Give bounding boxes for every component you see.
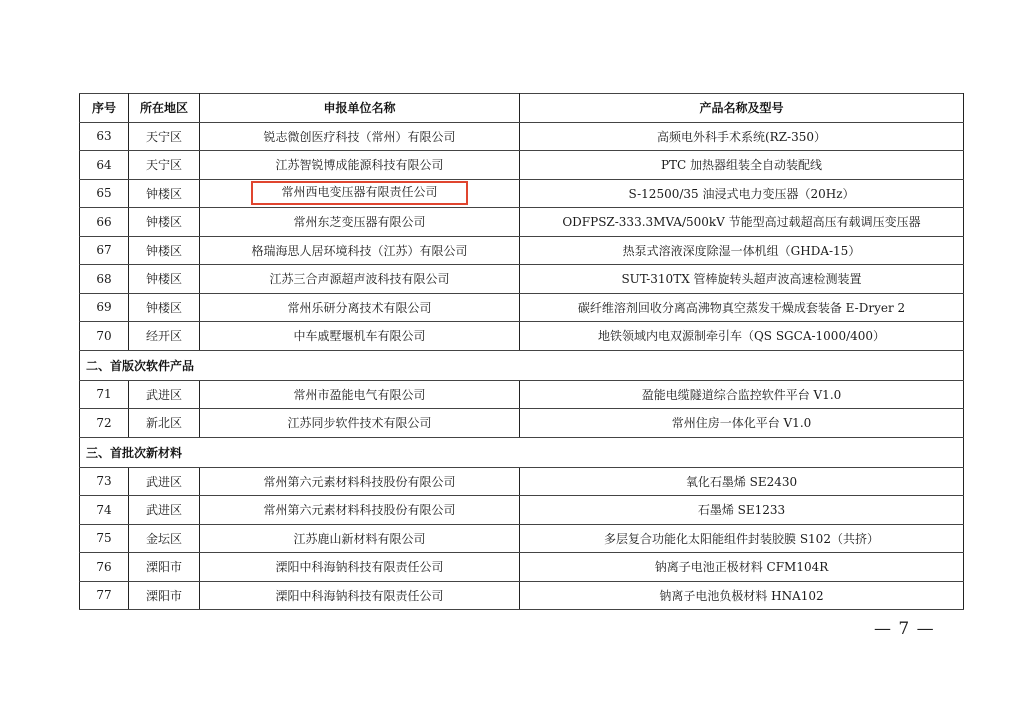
cell-product: 石墨烯 SE1233 — [520, 496, 964, 525]
cell-index: 64 — [80, 151, 129, 180]
cell-region: 溧阳市 — [129, 581, 200, 610]
cell-product: 热泵式溶液深度除湿一体机组（GHDA-15） — [520, 236, 964, 265]
header-company: 申报单位名称 — [200, 94, 520, 123]
cell-region: 钟楼区 — [129, 293, 200, 322]
table-row: 74 武进区 常州第六元素材料科技股份有限公司 石墨烯 SE1233 — [80, 496, 964, 525]
table-row: 71 武进区 常州市盈能电气有限公司 盈能电缆隧道综合监控软件平台 V1.0 — [80, 380, 964, 409]
header-index: 序号 — [80, 94, 129, 123]
cell-region: 钟楼区 — [129, 208, 200, 237]
cell-company: 常州东芝变压器有限公司 — [200, 208, 520, 237]
cell-index: 73 — [80, 467, 129, 496]
table-row: 77 溧阳市 溧阳中科海钠科技有限责任公司 钠离子电池负极材料 HNA102 — [80, 581, 964, 610]
cell-product: S-12500/35 油浸式电力变压器（20Hz） — [520, 179, 964, 208]
table-row: 64 天宁区 江苏智锐博成能源科技有限公司 PTC 加热器组装全自动装配线 — [80, 151, 964, 180]
cell-index: 66 — [80, 208, 129, 237]
table-row: 70 经开区 中车戚墅堰机车有限公司 地铁领域内电双源制牵引车（QS SGCA-… — [80, 322, 964, 351]
cell-index: 77 — [80, 581, 129, 610]
table-row: 69 钟楼区 常州乐研分离技术有限公司 碳纤维溶剂回收分离高沸物真空蒸发干燥成套… — [80, 293, 964, 322]
cell-product: 盈能电缆隧道综合监控软件平台 V1.0 — [520, 380, 964, 409]
cell-region: 钟楼区 — [129, 179, 200, 208]
section-heading: 三、首批次新材料 — [80, 437, 964, 467]
table-row: 68 钟楼区 江苏三合声源超声波科技有限公司 SUT-310TX 管棒旋转头超声… — [80, 265, 964, 294]
cell-product: 高频电外科手术系统(RZ-350） — [520, 122, 964, 151]
cell-product: ODFPSZ-333.3MVA/500kV 节能型高过载超高压有载调压变压器 — [520, 208, 964, 237]
highlight-box: 常州西电变压器有限责任公司 — [251, 181, 467, 205]
cell-company: 江苏鹿山新材料有限公司 — [200, 524, 520, 553]
cell-product: 常州住房一体化平台 V1.0 — [520, 409, 964, 438]
cell-region: 武进区 — [129, 467, 200, 496]
cell-region: 溧阳市 — [129, 553, 200, 582]
cell-index: 65 — [80, 179, 129, 208]
cell-region: 金坛区 — [129, 524, 200, 553]
table-row: 66 钟楼区 常州东芝变压器有限公司 ODFPSZ-333.3MVA/500kV… — [80, 208, 964, 237]
cell-product: SUT-310TX 管棒旋转头超声波高速检测装置 — [520, 265, 964, 294]
product-list-table: 序号 所在地区 申报单位名称 产品名称及型号 63 天宁区 锐志微创医疗科技（常… — [79, 93, 964, 610]
section-row-software: 二、首版次软件产品 — [80, 350, 964, 380]
cell-company: 常州第六元素材料科技股份有限公司 — [200, 496, 520, 525]
cell-region: 经开区 — [129, 322, 200, 351]
table-row: 63 天宁区 锐志微创医疗科技（常州）有限公司 高频电外科手术系统(RZ-350… — [80, 122, 964, 151]
cell-index: 63 — [80, 122, 129, 151]
cell-company: 常州市盈能电气有限公司 — [200, 380, 520, 409]
section-heading: 二、首版次软件产品 — [80, 350, 964, 380]
cell-region: 钟楼区 — [129, 236, 200, 265]
cell-index: 70 — [80, 322, 129, 351]
cell-index: 69 — [80, 293, 129, 322]
cell-region: 武进区 — [129, 380, 200, 409]
table-row: 76 溧阳市 溧阳中科海钠科技有限责任公司 钠离子电池正极材料 CFM104R — [80, 553, 964, 582]
cell-company: 溧阳中科海钠科技有限责任公司 — [200, 581, 520, 610]
cell-index: 67 — [80, 236, 129, 265]
header-region: 所在地区 — [129, 94, 200, 123]
cell-index: 75 — [80, 524, 129, 553]
cell-company: 江苏同步软件技术有限公司 — [200, 409, 520, 438]
cell-region: 天宁区 — [129, 122, 200, 151]
cell-region: 武进区 — [129, 496, 200, 525]
cell-product: 钠离子电池正极材料 CFM104R — [520, 553, 964, 582]
cell-product: 氧化石墨烯 SE2430 — [520, 467, 964, 496]
table-row: 67 钟楼区 格瑞海思人居环境科技（江苏）有限公司 热泵式溶液深度除湿一体机组（… — [80, 236, 964, 265]
page-number: — 7 — — [874, 619, 935, 639]
cell-company: 江苏智锐博成能源科技有限公司 — [200, 151, 520, 180]
cell-company: 江苏三合声源超声波科技有限公司 — [200, 265, 520, 294]
document-page: 序号 所在地区 申报单位名称 产品名称及型号 63 天宁区 锐志微创医疗科技（常… — [0, 0, 1024, 723]
cell-company: 中车戚墅堰机车有限公司 — [200, 322, 520, 351]
table-row: 75 金坛区 江苏鹿山新材料有限公司 多层复合功能化太阳能组件封装胶膜 S102… — [80, 524, 964, 553]
cell-product: 碳纤维溶剂回收分离高沸物真空蒸发干燥成套装备 E-Dryer 2 — [520, 293, 964, 322]
cell-company: 常州乐研分离技术有限公司 — [200, 293, 520, 322]
table-row-highlighted: 65 钟楼区 常州西电变压器有限责任公司 S-12500/35 油浸式电力变压器… — [80, 179, 964, 208]
cell-company: 锐志微创医疗科技（常州）有限公司 — [200, 122, 520, 151]
cell-index: 74 — [80, 496, 129, 525]
cell-index: 71 — [80, 380, 129, 409]
table-row: 73 武进区 常州第六元素材料科技股份有限公司 氧化石墨烯 SE2430 — [80, 467, 964, 496]
cell-company: 格瑞海思人居环境科技（江苏）有限公司 — [200, 236, 520, 265]
cell-region: 新北区 — [129, 409, 200, 438]
cell-product: PTC 加热器组装全自动装配线 — [520, 151, 964, 180]
cell-region: 天宁区 — [129, 151, 200, 180]
cell-product: 多层复合功能化太阳能组件封装胶膜 S102（共挤） — [520, 524, 964, 553]
section-row-materials: 三、首批次新材料 — [80, 437, 964, 467]
cell-region: 钟楼区 — [129, 265, 200, 294]
cell-index: 76 — [80, 553, 129, 582]
table-row: 72 新北区 江苏同步软件技术有限公司 常州住房一体化平台 V1.0 — [80, 409, 964, 438]
header-product: 产品名称及型号 — [520, 94, 964, 123]
cell-company: 常州第六元素材料科技股份有限公司 — [200, 467, 520, 496]
cell-index: 72 — [80, 409, 129, 438]
cell-product: 地铁领域内电双源制牵引车（QS SGCA-1000/400） — [520, 322, 964, 351]
table-header-row: 序号 所在地区 申报单位名称 产品名称及型号 — [80, 94, 964, 123]
cell-index: 68 — [80, 265, 129, 294]
cell-company: 常州西电变压器有限责任公司 — [200, 179, 520, 208]
cell-product: 钠离子电池负极材料 HNA102 — [520, 581, 964, 610]
cell-company: 溧阳中科海钠科技有限责任公司 — [200, 553, 520, 582]
